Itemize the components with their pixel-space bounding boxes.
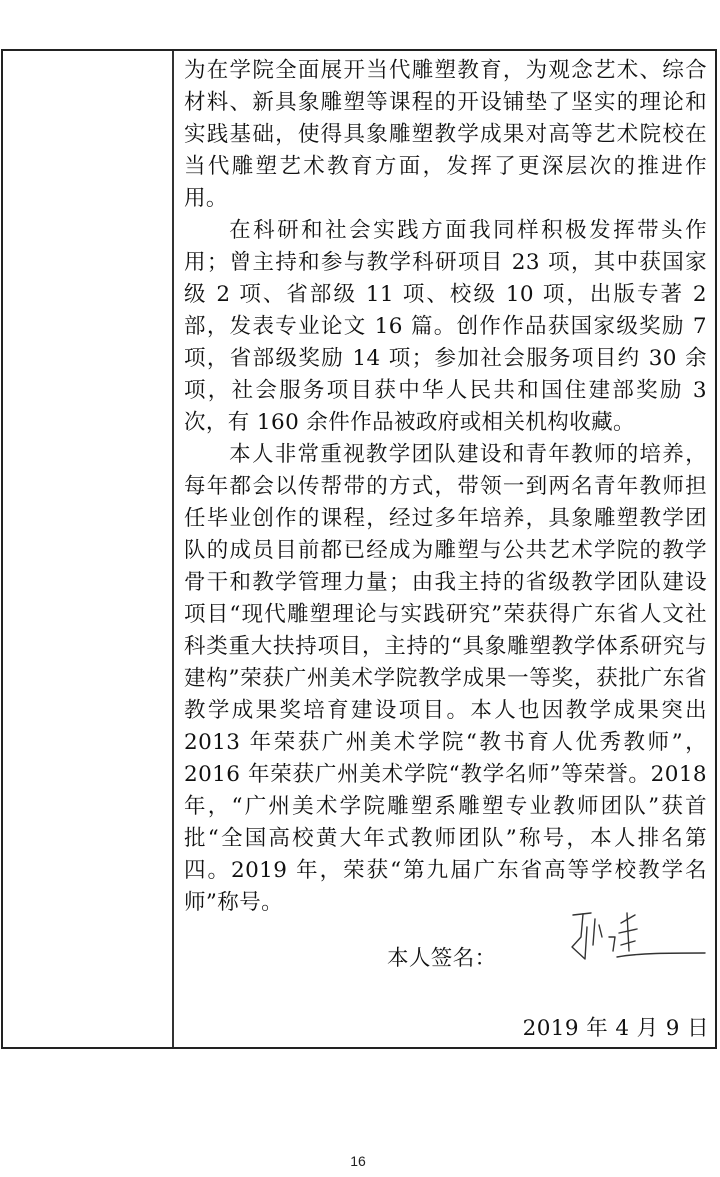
paragraph-teaching-impact: 为在学院全面展开当代雕塑教育，为观念艺术、综合材料、新具象雕塑等课程的开设铺垫了…: [184, 55, 707, 215]
label-cell: [3, 51, 174, 1047]
content-cell: 为在学院全面展开当代雕塑教育，为观念艺术、综合材料、新具象雕塑等课程的开设铺垫了…: [174, 51, 715, 1047]
signature-row: 本人签名：: [387, 941, 497, 972]
signature-date: 2019 年 4 月 9 日: [523, 1011, 709, 1042]
form-table: 为在学院全面展开当代雕塑教育，为观念艺术、综合材料、新具象雕塑等课程的开设铺垫了…: [1, 49, 717, 1049]
paragraph-research-service: 在科研和社会实践方面我同样积极发挥带头作用；曾主持和参与教学科研项目 23 项，…: [184, 215, 707, 439]
handwritten-signature-icon: [569, 907, 709, 967]
paragraph-team-building: 本人非常重视教学团队建设和青年教师的培养，每年都会以传帮带的方式，带领一到两名青…: [184, 439, 707, 919]
signature-label: 本人签名：: [387, 941, 497, 972]
page-number: 16: [0, 1153, 716, 1169]
